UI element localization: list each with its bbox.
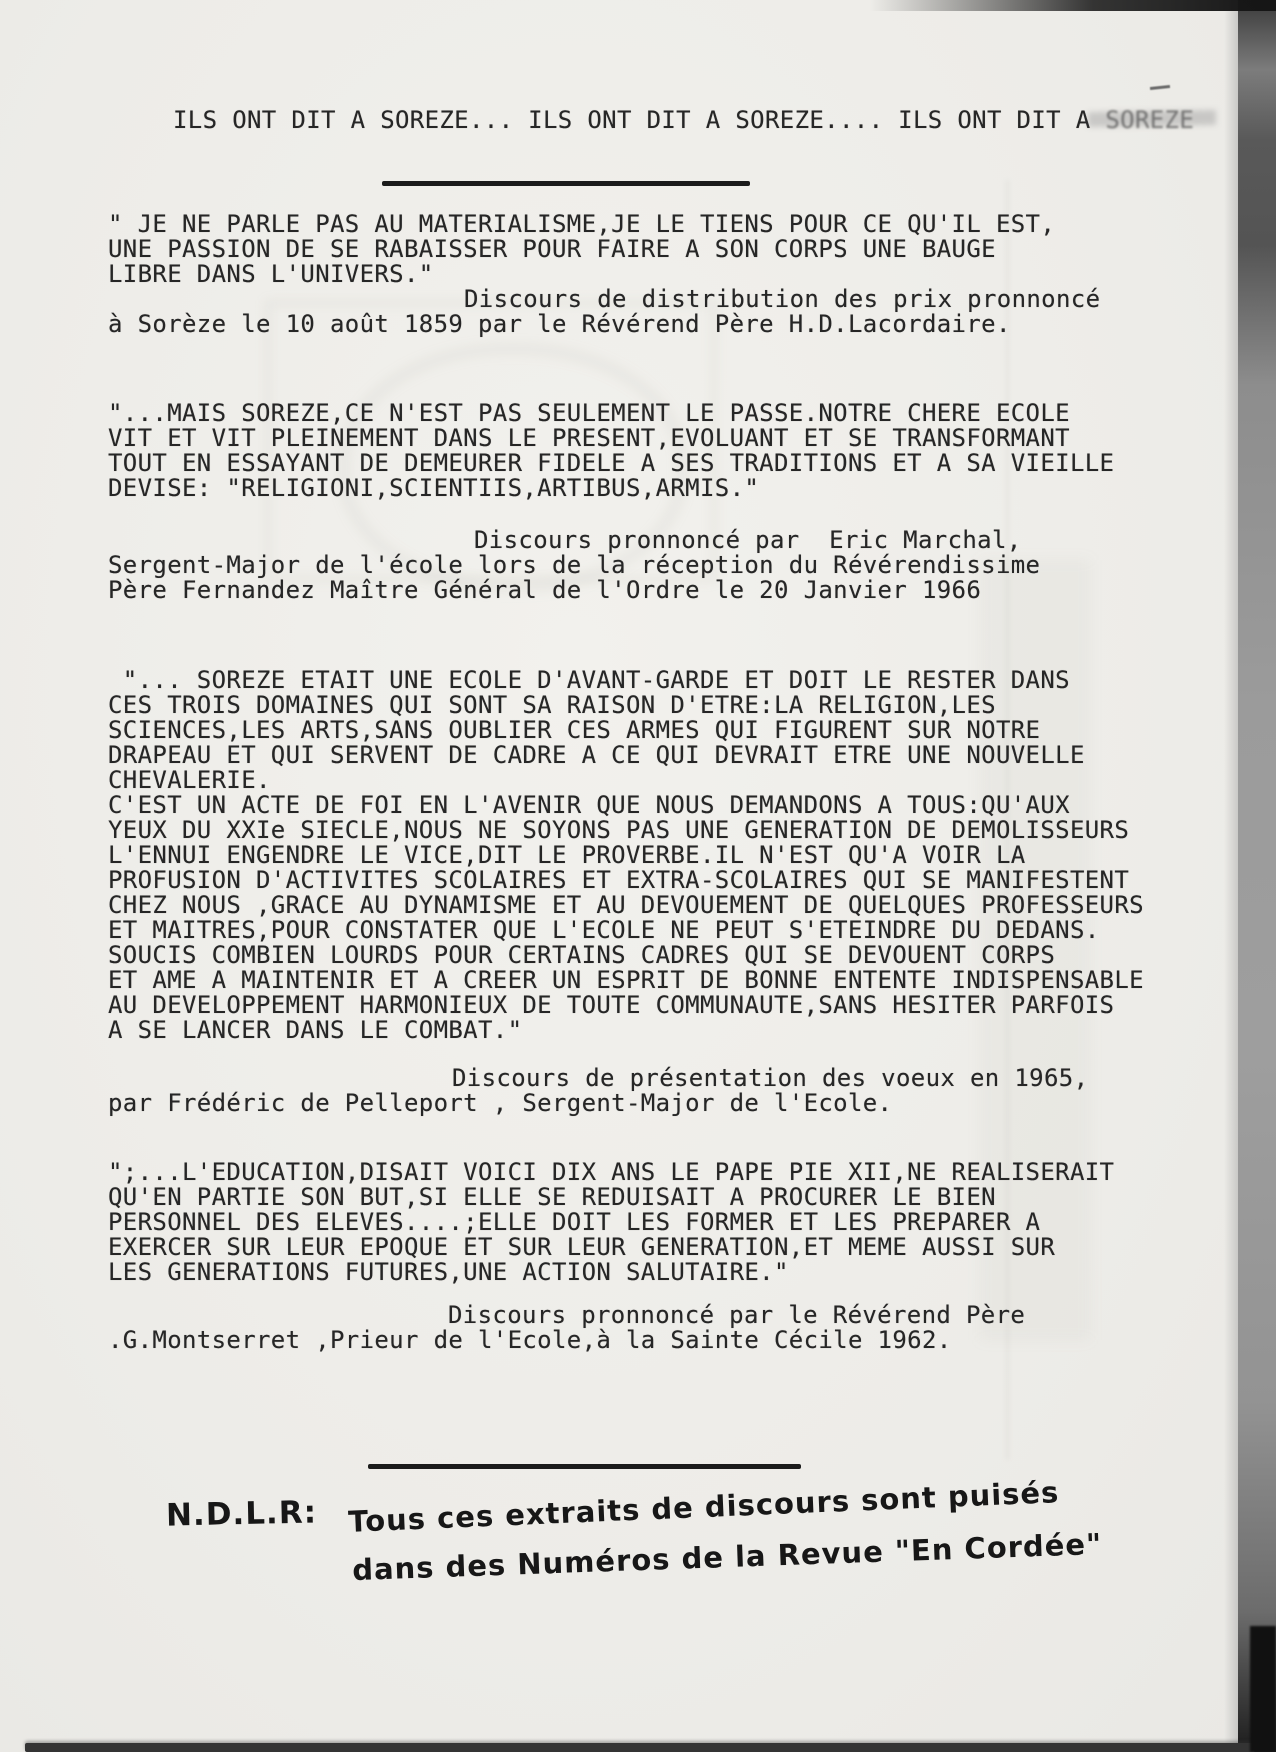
- quote-attribution: Discours de distribution des prix pronno…: [108, 287, 1100, 337]
- header-divider-rule: [382, 181, 750, 186]
- scan-top-edge-shadow: [870, 0, 1276, 11]
- page-header-title-text: ILS ONT DIT A SOREZE... ILS ONT DIT A SO…: [173, 106, 1105, 134]
- scanned-document-page: { "doc": { "header": { "main": "ILS ONT …: [0, 0, 1276, 1752]
- editor-note-line-1: Tous ces extraits de discours sont puisé…: [348, 1475, 1060, 1539]
- note-divider-rule: [368, 1464, 801, 1469]
- quote-attribution: Discours de présentation des voeux en 19…: [108, 1066, 1088, 1116]
- editor-note-line-2: dans des Numéros de la Revue "En Cordée": [352, 1527, 1103, 1587]
- quote-paragraph: ";...L'EDUCATION,DISAIT VOICI DIX ANS LE…: [108, 1160, 1114, 1285]
- quote-attribution: Discours pronnoncé par le Révérend Père …: [108, 1303, 1025, 1353]
- typewriter-dash-mark: [1150, 85, 1170, 90]
- editor-note-label: N.D.L.R:: [166, 1494, 318, 1533]
- quote-paragraph: "...MAIS SOREZE,CE N'EST PAS SEULEMENT L…: [108, 401, 1114, 501]
- scan-bottom-edge-shadow: [25, 1743, 1255, 1752]
- scan-edge-band: [1238, 0, 1276, 1752]
- quote-paragraph: " JE NE PARLE PAS AU MATERIALISME,JE LE …: [108, 212, 1055, 287]
- page-header-title: ILS ONT DIT A SOREZE... ILS ONT DIT A SO…: [173, 108, 1194, 133]
- header-smudge-overlay: [1088, 110, 1216, 127]
- scan-corner-shadow: [1250, 1626, 1276, 1752]
- quote-attribution: Discours pronnoncé par Eric Marchal, Ser…: [108, 528, 1040, 603]
- quote-paragraph: "... SOREZE ETAIT UNE ECOLE D'AVANT-GARD…: [108, 668, 1144, 1043]
